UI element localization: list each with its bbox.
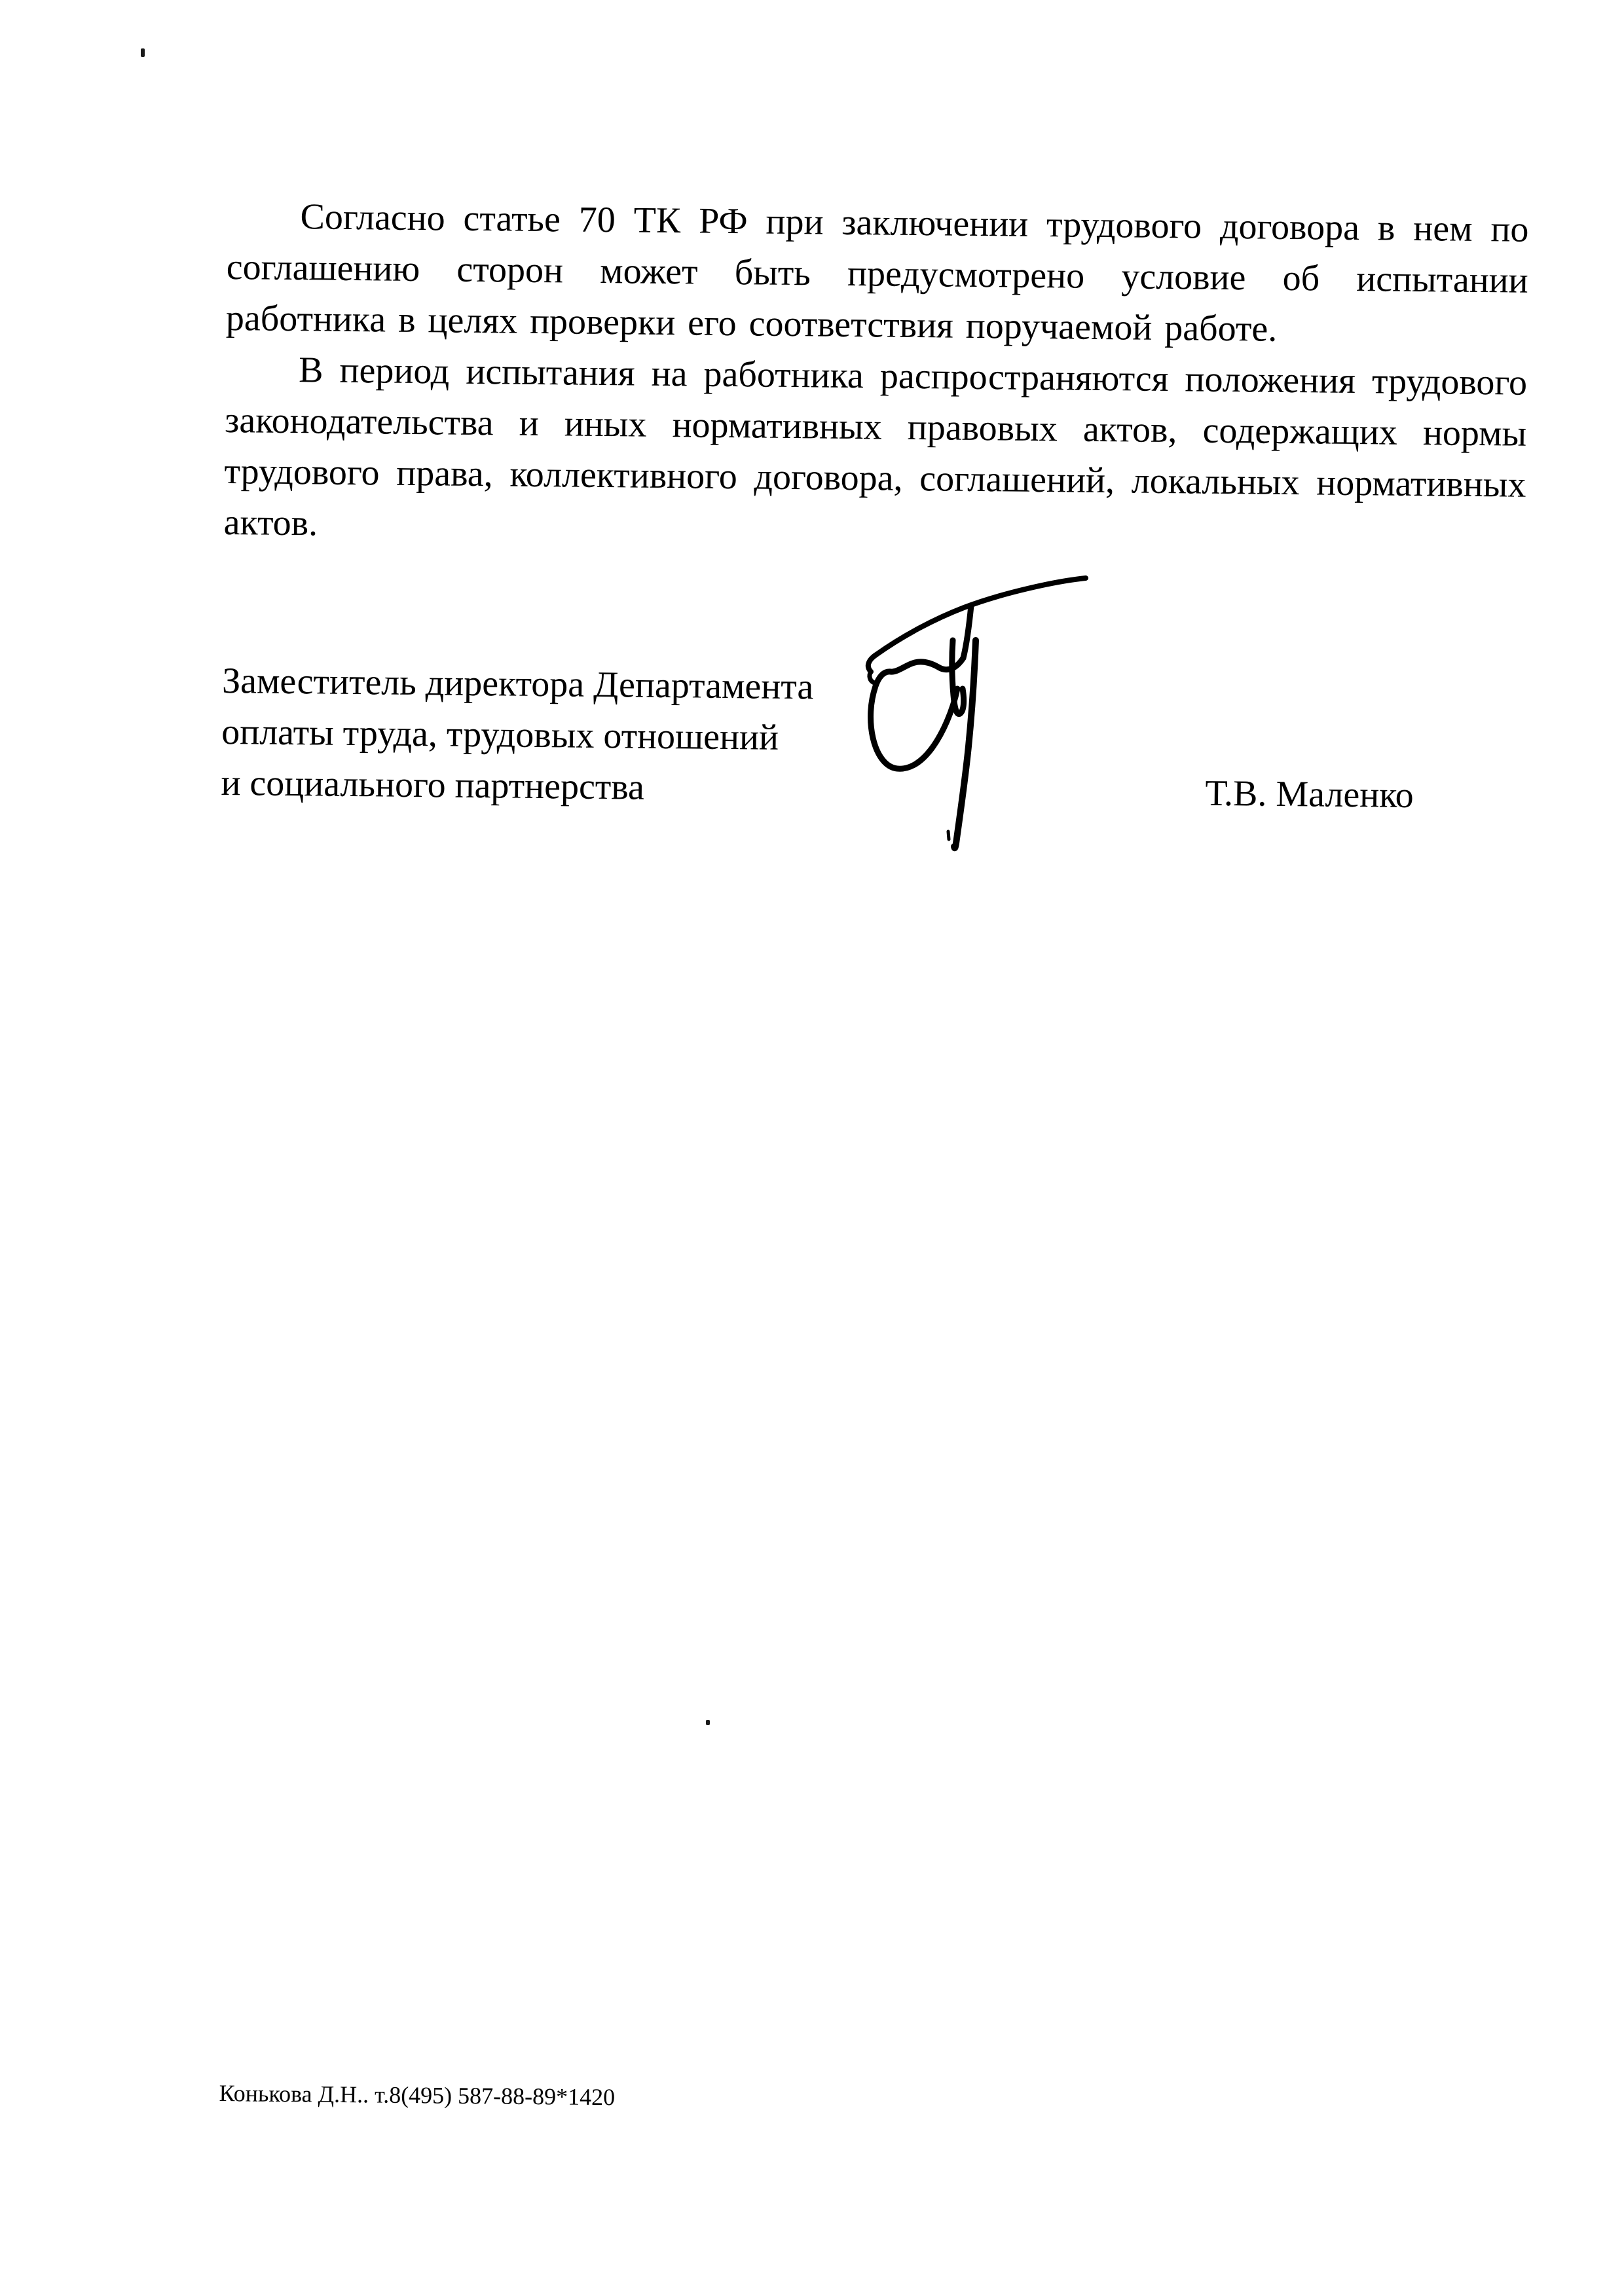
paragraph-probation-rules: В период испытания на работника распрост… (223, 344, 1527, 562)
handwritten-signature (851, 556, 1113, 871)
signer-name: Т.В. Маленко (1205, 768, 1414, 821)
scanned-letter-page: Согласно статье 70 ТК РФ при заключении … (0, 0, 1624, 2296)
scan-artifact-dot (141, 48, 145, 57)
scan-artifact-dot (706, 1720, 710, 1725)
paragraph-probation-clause: Согласно статье 70 ТК РФ при заключении … (226, 191, 1529, 357)
executor-footer-note: Конькова Д.Н.. т.8(495) 587-88-89*1420 (219, 2079, 615, 2111)
